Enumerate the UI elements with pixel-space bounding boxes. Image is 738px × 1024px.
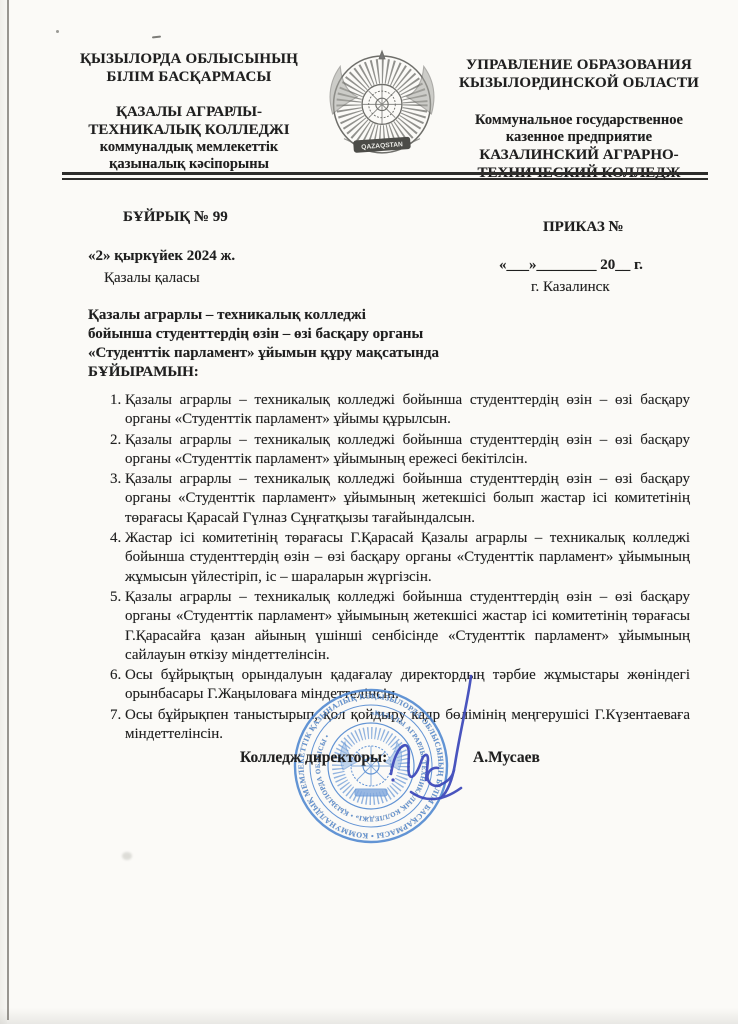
enterprise-type-ru: Коммунальное государственное казенное пр… — [448, 112, 710, 146]
letterhead-kazakh: ҚЫЗЫЛОРДА ОБЛЫСЫНЫҢ БІЛІМ БАСҚАРМАСЫ ҚАЗ… — [62, 50, 316, 173]
org-name-ru: УПРАВЛЕНИЕ ОБРАЗОВАНИЯ КЫЗЫЛОРДИНСКОЙ ОБ… — [448, 56, 710, 92]
order-place-kk: Қазалы қаласы — [104, 270, 200, 287]
order-place-ru: г. Казалинск — [531, 279, 610, 296]
letterhead-divider — [62, 172, 708, 180]
college-name-kk: ҚАЗАЛЫ АГРАРЛЫ-ТЕХНИКАЛЫҚ КОЛЛЕДЖІ — [62, 103, 316, 139]
order-item: Қазалы аграрлы – техникалық колледжі бой… — [125, 470, 690, 528]
order-date-ru: «___»________ 20__ г. — [499, 257, 643, 274]
scan-speck — [152, 36, 161, 39]
directive-word: БҰЙЫРАМЫН: — [88, 363, 528, 382]
order-item: Жастар ісі комитетінің төрағасы Г.Қараса… — [125, 529, 690, 587]
order-item: Қазалы аграрлы – техникалық колледжі бой… — [125, 391, 690, 430]
order-item: Қазалы аграрлы – техникалық колледжі бой… — [125, 588, 690, 665]
enterprise-type-kk: коммуналдық мемлекеттік қазыналық кәсіпо… — [62, 139, 316, 173]
subject-line: Қазалы аграрлы – техникалық колледжі — [88, 306, 528, 325]
director-signature — [383, 670, 483, 822]
order-subject: Қазалы аграрлы – техникалық колледжі бой… — [88, 306, 528, 382]
scan-bottom-shade — [0, 1008, 738, 1024]
org-name-kk: ҚЫЗЫЛОРДА ОБЛЫСЫНЫҢ БІЛІМ БАСҚАРМАСЫ — [62, 50, 316, 86]
subject-line: «Студенттік парламент» ұйымын құру мақса… — [88, 344, 528, 363]
kazakhstan-emblem: QAZAQSTAN — [325, 47, 439, 182]
order-number-ru: ПРИКАЗ № — [543, 219, 624, 236]
subject-line: бойынша студенттердің өзін – өзі басқару… — [88, 325, 528, 344]
order-date-kk: «2» қыркүйек 2024 ж. — [88, 248, 235, 265]
scan-speck — [56, 30, 59, 33]
order-item: Қазалы аграрлы – техникалық колледжі бой… — [125, 431, 690, 470]
letterhead: ҚЫЗЫЛОРДА ОБЛЫСЫНЫҢ БІЛІМ БАСҚАРМАСЫ ҚАЗ… — [62, 50, 710, 182]
scan-edge-line — [7, 0, 9, 1020]
director-name: А.Мусаев — [473, 749, 540, 767]
scan-edge-shade — [0, 0, 7, 1024]
scan-smudge — [122, 852, 132, 860]
document-scan: ҚЫЗЫЛОРДА ОБЛЫСЫНЫҢ БІЛІМ БАСҚАРМАСЫ ҚАЗ… — [0, 0, 738, 1024]
order-number-kk: БҰЙРЫҚ № 99 — [123, 209, 228, 226]
signature-label: Колледж директоры: — [240, 749, 387, 767]
letterhead-russian: УПРАВЛЕНИЕ ОБРАЗОВАНИЯ КЫЗЫЛОРДИНСКОЙ ОБ… — [448, 56, 710, 182]
